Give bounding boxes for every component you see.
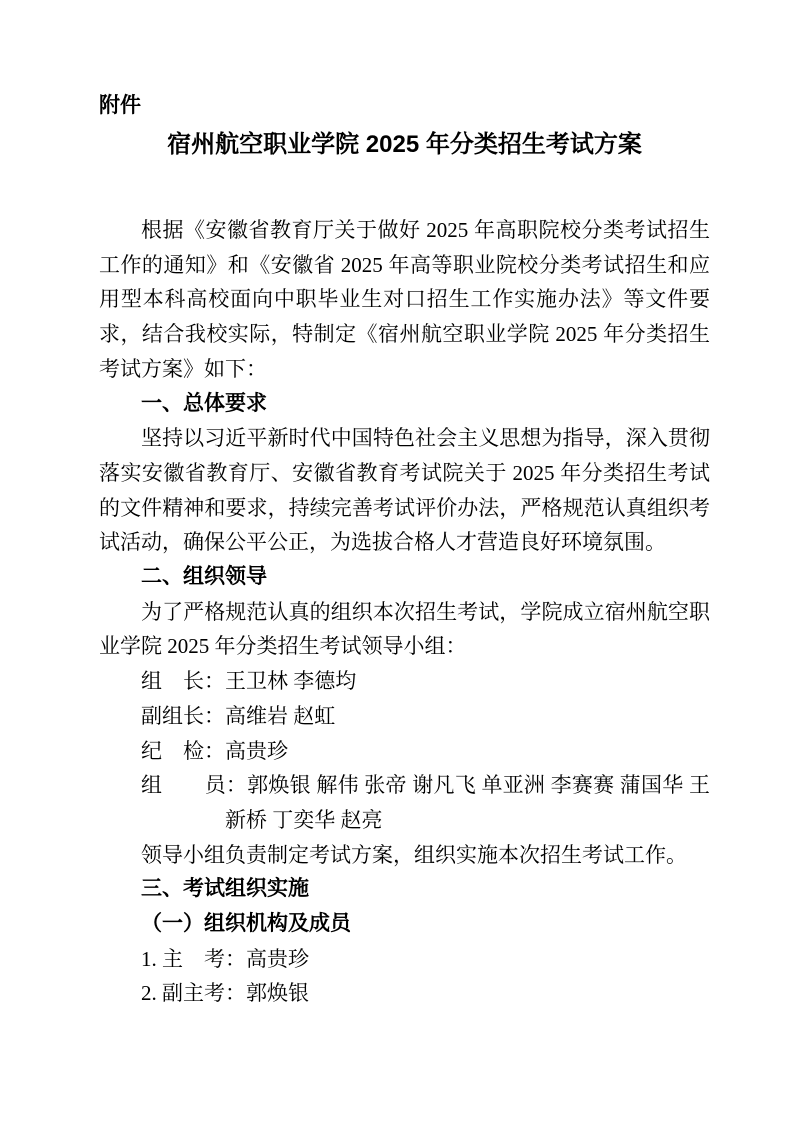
discipline-inspection-line: 纪 检：高贵珍 bbox=[99, 734, 710, 769]
deputy-group-leader-line: 副组长：高维岩 赵虹 bbox=[99, 699, 710, 734]
intro-paragraph: 根据《安徽省教育厅关于做好 2025 年高职院校分类考试招生工作的通知》和《安徽… bbox=[99, 213, 710, 387]
section-3-heading: 三、考试组织实施 bbox=[99, 872, 710, 907]
document-title: 宿州航空职业学院 2025 年分类招生考试方案 bbox=[99, 129, 710, 161]
section-2-heading: 二、组织领导 bbox=[99, 560, 710, 595]
group-members-line: 组 员：郭焕银 解伟 张帝 谢凡飞 单亚洲 李赛赛 蒲国华 王新桥 丁奕华 赵亮 bbox=[99, 768, 710, 837]
section-1-heading: 一、总体要求 bbox=[99, 387, 710, 422]
document-page: 附件 宿州航空职业学院 2025 年分类招生考试方案 根据《安徽省教育厅关于做好… bbox=[0, 0, 793, 1122]
deputy-chief-examiner-line: 2. 副主考：郭焕银 bbox=[99, 976, 710, 1011]
subsection-1-heading: （一）组织机构及成员 bbox=[99, 907, 710, 942]
section-2-intro: 为了严格规范认真的组织本次招生考试，学院成立宿州航空职业学院 2025 年分类招… bbox=[99, 595, 710, 664]
document-body: 根据《安徽省教育厅关于做好 2025 年高职院校分类考试招生工作的通知》和《安徽… bbox=[99, 213, 710, 1011]
chief-examiner-line: 1. 主 考：高贵珍 bbox=[99, 942, 710, 977]
leading-group-duty-line: 领导小组负责制定考试方案，组织实施本次招生考试工作。 bbox=[99, 838, 710, 873]
group-leader-line: 组 长：王卫林 李德均 bbox=[99, 664, 710, 699]
section-1-body: 坚持以习近平新时代中国特色社会主义思想为指导，深入贯彻落实安徽省教育厅、安徽省教… bbox=[99, 421, 710, 560]
attachment-label: 附件 bbox=[99, 93, 710, 119]
